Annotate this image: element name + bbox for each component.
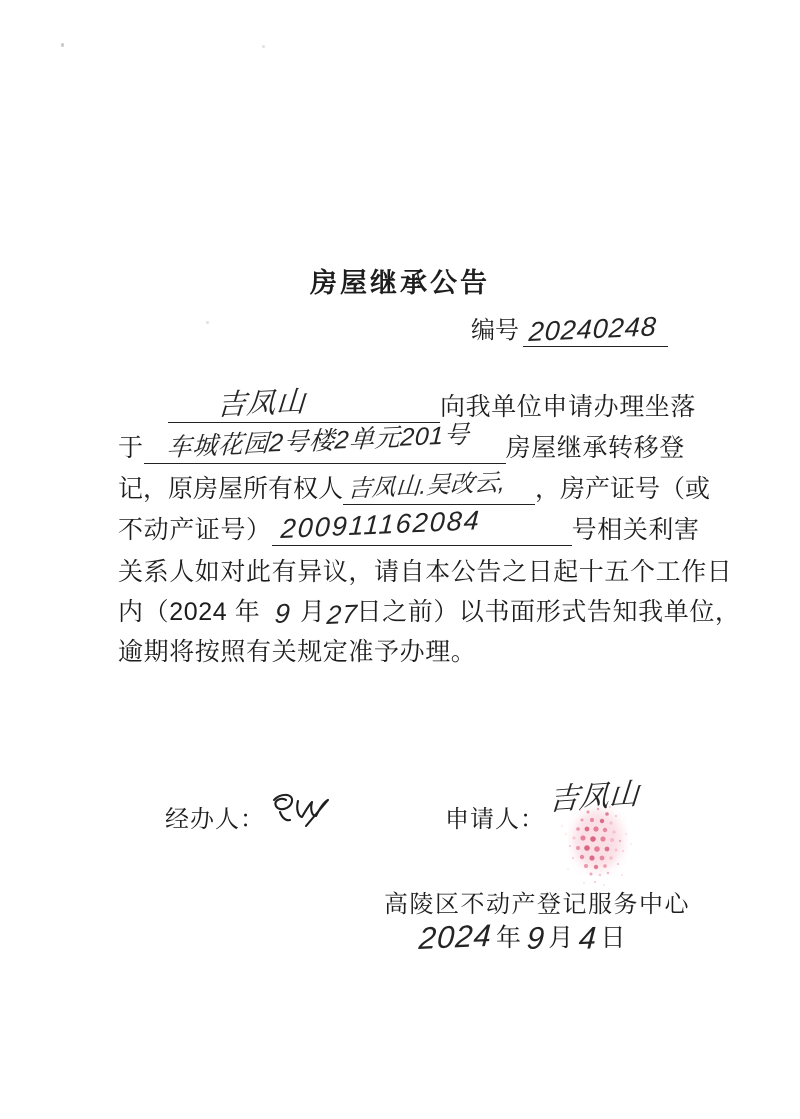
- body-text: 逾期将按照有关规定准予办理。: [118, 637, 476, 668]
- date-day-fill: 4: [578, 922, 597, 954]
- handler-label: 经办人：: [165, 799, 265, 834]
- body-text: 内（2024 年: [118, 597, 260, 628]
- scan-speck: [262, 45, 265, 48]
- body-text: 向我单位申请办理坐落: [440, 392, 696, 423]
- doc-number-row: 编号 20240248: [471, 310, 668, 347]
- owners-fill: 吉凤山.吴改云,: [347, 471, 506, 502]
- body-text: 房屋继承转移登: [506, 433, 685, 464]
- date-year-fill: 2024: [418, 920, 493, 954]
- body-text: ，房产证号（或: [535, 474, 710, 505]
- doc-number-value: 20240248: [528, 313, 658, 346]
- address-underline: 车城花园2号楼2单元201号: [144, 434, 506, 464]
- owners-underline: 吉凤山.吴改云,: [343, 475, 535, 505]
- document-title: 房屋继承公告: [0, 261, 800, 300]
- cert-no-fill: 200911162084: [280, 507, 482, 543]
- organization-name: 高陵区不动产登记服务中心: [384, 884, 690, 919]
- body-line-6: 内（2024 年 9 月 27 日之前）以书面形式告知我单位，: [118, 597, 741, 628]
- doc-number-underline: 20240248: [523, 319, 668, 347]
- date-year-unit: 年: [496, 918, 521, 954]
- date-day-unit: 日: [601, 918, 626, 954]
- body-text: 日之前）以书面形式告知我单位，: [357, 597, 741, 628]
- body-line-5: 关系人如对此有异议，请自本公告之日起十五个工作日: [118, 557, 732, 588]
- body-text: 月: [300, 597, 326, 628]
- date-line: 2024 年 9 月 4 日: [418, 918, 626, 954]
- scanned-document-page: 房屋继承公告 编号 20240248 吉凤山 向我单位申请办理坐落 于 车城花园…: [0, 0, 800, 1119]
- body-text: 关系人如对此有异议，请自本公告之日起十五个工作日: [118, 557, 732, 588]
- body-text: 不动产证号）: [118, 515, 272, 546]
- cert-no-underline: 200911162084: [272, 516, 572, 546]
- date-month-fill: 9: [526, 922, 545, 954]
- body-text: 于: [118, 433, 144, 464]
- applicant-name-underline: 吉凤山: [168, 392, 440, 423]
- body-line-3: 记，原房屋所有权人 吉凤山.吴改云, ，房产证号（或: [118, 474, 710, 505]
- month-fill: 9: [274, 600, 291, 628]
- date-month-unit: 月: [548, 918, 573, 954]
- body-text: 号相关利害: [572, 515, 700, 546]
- body-line-4: 不动产证号） 200911162084 号相关利害: [118, 515, 700, 546]
- handler-signature-scribble: [260, 786, 340, 834]
- applicant-signature: 吉凤山: [548, 780, 640, 816]
- body-text: 记，原房屋所有权人: [118, 474, 343, 505]
- applicant-name-fill: 吉凤山: [216, 388, 307, 421]
- doc-number-label: 编号: [471, 310, 519, 347]
- scan-speck: [206, 321, 209, 324]
- applicant-label: 申请人：: [445, 799, 545, 834]
- body-line-2: 于 车城花园2号楼2单元201号 房屋继承转移登: [118, 433, 685, 464]
- address-fill: 车城花园2号楼2单元201号: [166, 423, 470, 461]
- body-line-1: 吉凤山 向我单位申请办理坐落: [168, 392, 696, 423]
- body-line-7: 逾期将按照有关规定准予办理。: [118, 637, 476, 668]
- scan-speck: [61, 43, 64, 47]
- day-fill: 27: [326, 601, 358, 628]
